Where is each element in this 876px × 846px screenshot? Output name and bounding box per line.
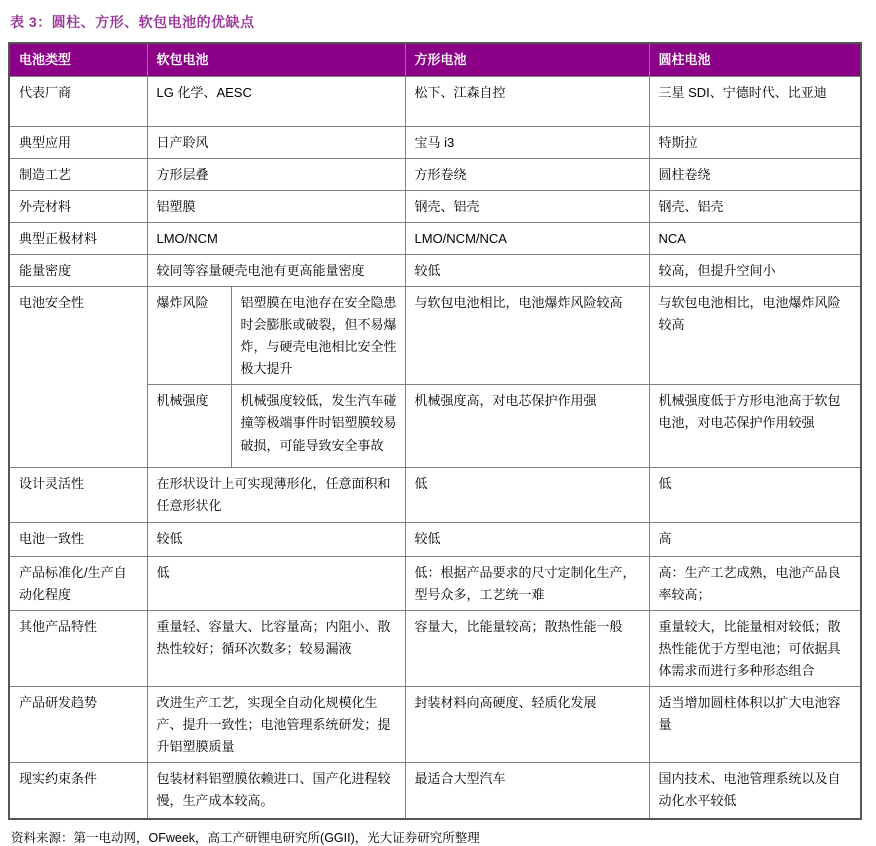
- cell-prismatic: 最适合大型汽车: [405, 763, 649, 819]
- cell-prismatic: 钢壳、铝壳: [405, 190, 649, 222]
- table-row: 产品研发趋势 改进生产工艺，实现全自动化规模化生产、提升一致性；电池管理系统研发…: [9, 687, 861, 763]
- cell-cylindrical: 高: [649, 522, 861, 556]
- table-row: 典型应用 日产聆风 宝马 i3 特斯拉: [9, 126, 861, 158]
- cell-cylindrical: 与软包电池相比，电池爆炸风险较高: [649, 286, 861, 384]
- cell-pouch: 低: [147, 556, 405, 610]
- table-row: 制造工艺 方形层叠 方形卷绕 圆柱卷绕: [9, 158, 861, 190]
- cell-prismatic: 低：根据产品要求的尺寸定制化生产，型号众多，工艺统一难: [405, 556, 649, 610]
- row-label: 能量密度: [9, 254, 147, 286]
- row-label: 设计灵活性: [9, 468, 147, 522]
- cell-cylindrical: 圆柱卷绕: [649, 158, 861, 190]
- header-pouch: 软包电池: [147, 43, 405, 76]
- table-row: 产品标准化/生产自动化程度 低 低：根据产品要求的尺寸定制化生产，型号众多，工艺…: [9, 556, 861, 610]
- cell-prismatic: 低: [405, 468, 649, 522]
- cell-cylindrical: 三星 SDI、宁德时代、比亚迪: [649, 76, 861, 126]
- row-label: 制造工艺: [9, 158, 147, 190]
- cell-pouch: 重量轻、容量大、比容量高；内阻小、散热性较好；循环次数多；较易漏液: [147, 610, 405, 686]
- cell-pouch: 日产聆风: [147, 126, 405, 158]
- report-page: 表 3：圆柱、方形、软包电池的优缺点 电池类型 软包电池 方形电池 圆柱电池 代…: [0, 0, 876, 808]
- header-battery-type: 电池类型: [9, 43, 147, 76]
- cell-pouch: 改进生产工艺，实现全自动化规模化生产、提升一致性；电池管理系统研发；提升铝塑膜质…: [147, 687, 405, 763]
- row-label: 电池安全性: [9, 286, 147, 467]
- header-prismatic: 方形电池: [405, 43, 649, 76]
- cell-prismatic: 与软包电池相比，电池爆炸风险较高: [405, 286, 649, 384]
- table-row: 现实约束条件 包装材料铝塑膜依赖进口、国产化进程较慢，生产成本较高。 最适合大型…: [9, 763, 861, 819]
- cell-pouch: 较低: [147, 522, 405, 556]
- sub-row-label: 爆炸风险: [147, 286, 231, 384]
- table-row: 典型正极材料 LMO/NCM LMO/NCM/NCA NCA: [9, 222, 861, 254]
- cell-pouch: 铝塑膜: [147, 190, 405, 222]
- cell-cylindrical: 低: [649, 468, 861, 522]
- row-label: 典型应用: [9, 126, 147, 158]
- cell-prismatic: LMO/NCM/NCA: [405, 222, 649, 254]
- cell-prismatic: 宝马 i3: [405, 126, 649, 158]
- cell-pouch: 方形层叠: [147, 158, 405, 190]
- header-row: 电池类型 软包电池 方形电池 圆柱电池: [9, 43, 861, 76]
- row-label: 典型正极材料: [9, 222, 147, 254]
- battery-comparison-table: 电池类型 软包电池 方形电池 圆柱电池 代表厂商 LG 化学、AESC 松下、江…: [8, 42, 862, 820]
- cell-cylindrical: 重量较大，比能量相对较低；散热性能优于方型电池；可依据具体需求而进行多种形态组合: [649, 610, 861, 686]
- row-label: 代表厂商: [9, 76, 147, 126]
- cell-prismatic: 较低: [405, 522, 649, 556]
- cell-cylindrical: NCA: [649, 222, 861, 254]
- table-row: 设计灵活性 在形状设计上可实现薄形化，任意面积和任意形状化 低 低: [9, 468, 861, 522]
- row-label: 产品标准化/生产自动化程度: [9, 556, 147, 610]
- cell-cylindrical: 钢壳、铝壳: [649, 190, 861, 222]
- cell-pouch: 机械强度较低，发生汽车碰撞等极端事件时铝塑膜较易破损，可能导致安全事故: [231, 385, 405, 468]
- table-title: 表 3：圆柱、方形、软包电池的优缺点: [10, 12, 868, 32]
- cell-prismatic: 容量大，比能量较高；散热性能一般: [405, 610, 649, 686]
- cell-cylindrical: 适当增加圆柱体积以扩大电池容量: [649, 687, 861, 763]
- table-row: 代表厂商 LG 化学、AESC 松下、江森自控 三星 SDI、宁德时代、比亚迪: [9, 76, 861, 126]
- row-label: 产品研发趋势: [9, 687, 147, 763]
- cell-cylindrical: 机械强度低于方形电池高于软包电池，对电芯保护作用较强: [649, 385, 861, 468]
- cell-prismatic: 封装材料向高硬度、轻质化发展: [405, 687, 649, 763]
- cell-cylindrical: 国内技术、电池管理系统以及自动化水平较低: [649, 763, 861, 819]
- cell-pouch: 铝塑膜在电池存在安全隐患时会膨胀或破裂，但不易爆炸，与硬壳电池相比安全性极大提升: [231, 286, 405, 384]
- header-cylindrical: 圆柱电池: [649, 43, 861, 76]
- cell-cylindrical: 特斯拉: [649, 126, 861, 158]
- cell-prismatic: 松下、江森自控: [405, 76, 649, 126]
- cell-pouch: 包装材料铝塑膜依赖进口、国产化进程较慢，生产成本较高。: [147, 763, 405, 819]
- table-row: 能量密度 较同等容量硬壳电池有更高能量密度 较低 较高，但提升空间小: [9, 254, 861, 286]
- cell-pouch: LMO/NCM: [147, 222, 405, 254]
- table-row: 其他产品特性 重量轻、容量大、比容量高；内阻小、散热性较好；循环次数多；较易漏液…: [9, 610, 861, 686]
- row-label: 其他产品特性: [9, 610, 147, 686]
- table-row: 外壳材料 铝塑膜 钢壳、铝壳 钢壳、铝壳: [9, 190, 861, 222]
- row-label: 电池一致性: [9, 522, 147, 556]
- table-row-safety-explosion: 电池安全性 爆炸风险 铝塑膜在电池存在安全隐患时会膨胀或破裂，但不易爆炸，与硬壳…: [9, 286, 861, 384]
- sub-row-label: 机械强度: [147, 385, 231, 468]
- cell-pouch: 较同等容量硬壳电池有更高能量密度: [147, 254, 405, 286]
- row-label: 现实约束条件: [9, 763, 147, 819]
- cell-pouch: LG 化学、AESC: [147, 76, 405, 126]
- row-label: 外壳材料: [9, 190, 147, 222]
- cell-cylindrical: 较高，但提升空间小: [649, 254, 861, 286]
- cell-cylindrical: 高：生产工艺成熟，电池产品良率较高；: [649, 556, 861, 610]
- cell-prismatic: 较低: [405, 254, 649, 286]
- source-note: 资料来源：第一电动网，OFweek，高工产研锂电研究所(GGII)，光大证券研究…: [11, 828, 868, 846]
- table-row: 电池一致性 较低 较低 高: [9, 522, 861, 556]
- cell-prismatic: 方形卷绕: [405, 158, 649, 190]
- cell-pouch: 在形状设计上可实现薄形化，任意面积和任意形状化: [147, 468, 405, 522]
- cell-prismatic: 机械强度高，对电芯保护作用强: [405, 385, 649, 468]
